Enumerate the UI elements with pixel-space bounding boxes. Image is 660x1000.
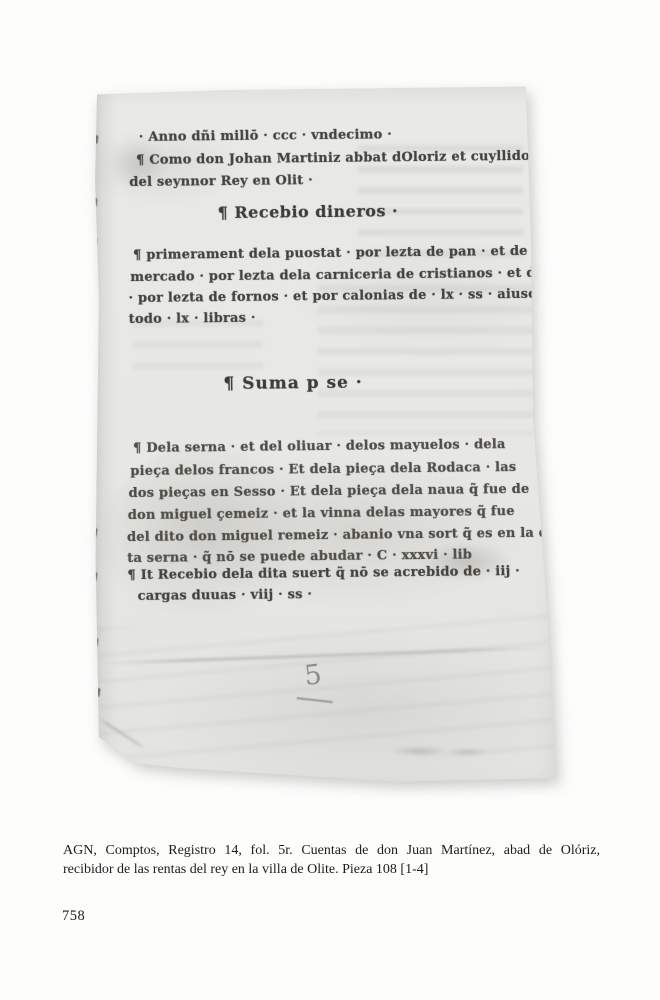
manuscript-line: ta serna · q̃ nō se puede abudar · C · x…	[127, 547, 472, 566]
manuscript-line: del seynnor Rey en Olit ·	[129, 173, 313, 190]
manuscript-line: ¶ Como don Johan Martiniz abbat dOloriz …	[136, 148, 637, 168]
manuscript-line: cargas duuas · viij · ss ·	[138, 587, 313, 604]
caption: AGN, Comptos, Registro 14, fol. 5r. Cuen…	[63, 841, 600, 879]
stitch-mark	[92, 238, 97, 247]
manuscript-line: dos pieças en Sesso · Et dela pieça dela…	[128, 482, 529, 501]
stitch-mark	[91, 318, 96, 327]
stitch-mark	[91, 398, 96, 407]
manuscript-heading-recebio: ¶ Recebio dineros ·	[218, 201, 399, 222]
manuscript-line: del dito don miguel remeiz · abanio vna …	[127, 526, 553, 545]
manuscript-text: · Anno dñi millō · ccc · vndecimo · ¶ Co…	[84, 78, 567, 799]
manuscript-line: ¶ primerament dela puostat · por lezta d…	[133, 243, 581, 263]
manuscript-line: todo · lx · libras ·	[129, 311, 256, 327]
parchment: · Anno dñi millō · ccc · vndecimo · ¶ Co…	[88, 80, 564, 796]
folio-number: 5	[303, 659, 324, 692]
page-number: 758	[62, 908, 85, 925]
manuscript-line: ¶ It Recebio dela dita suert q̃ nō se ac…	[127, 564, 520, 583]
book-page: · Anno dñi millō · ccc · vndecimo · ¶ Co…	[0, 0, 660, 1000]
manuscript-line: mercado · por lezta dela carniceria de c…	[130, 265, 594, 285]
manuscript-line: pieça delos francos · Et dela pieça dela…	[130, 460, 516, 479]
manuscript-photo: · Anno dñi millō · ccc · vndecimo · ¶ Co…	[88, 80, 564, 796]
folio-underline	[297, 697, 333, 703]
manuscript-line: ¶ Dela serna · et del oliuar · delos may…	[133, 437, 506, 456]
manuscript-line: don miguel çemeiz · et la vinna delas ma…	[128, 504, 515, 523]
manuscript-heading-suma: ¶ Suma p se ·	[223, 373, 363, 394]
caption-line: AGN, Comptos, Registro 14, fol. 5r. Cuen…	[63, 841, 600, 860]
manuscript-line: · Anno dñi millō · ccc · vndecimo ·	[139, 127, 392, 145]
stitch-mark	[91, 480, 96, 489]
caption-line: recibidor de las rentas del rey en la vi…	[63, 860, 600, 879]
manuscript-line: · por lezta de fornos · et por calonias …	[128, 286, 567, 306]
